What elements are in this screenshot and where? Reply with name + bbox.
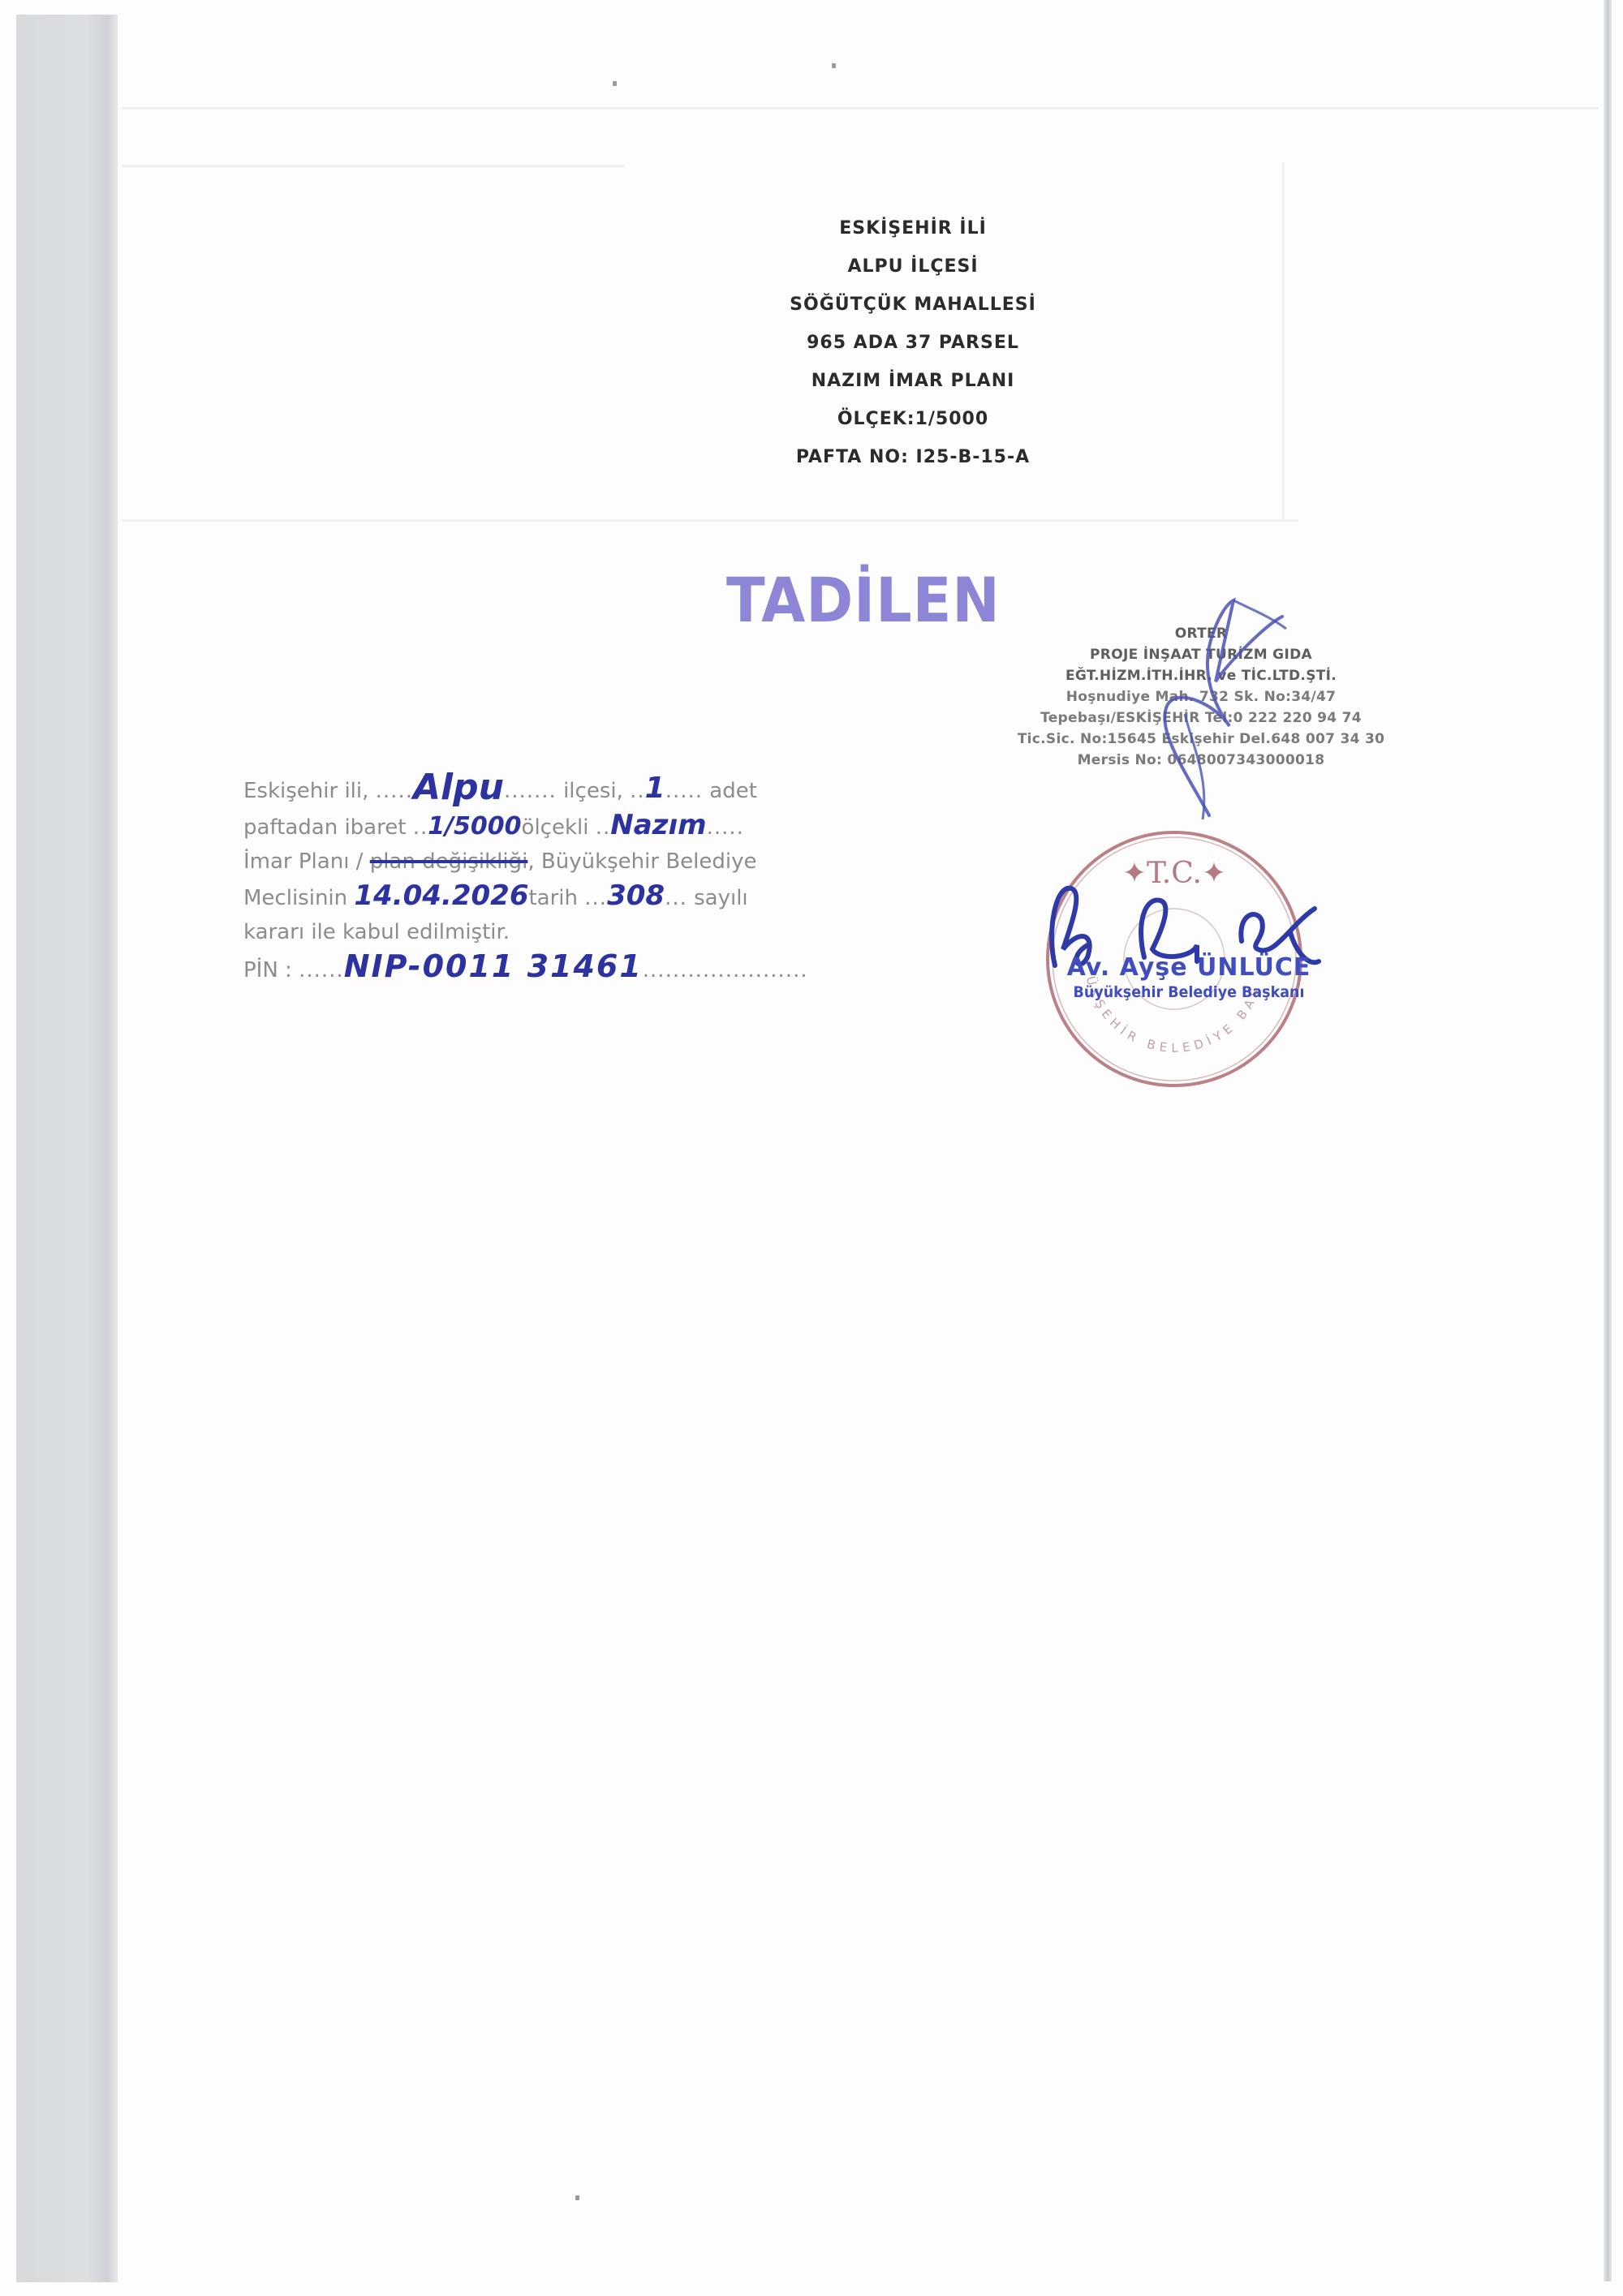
title-plan-type: NAZIM İMAR PLANI <box>730 362 1096 400</box>
approval-stamp: Eskişehir ili, .....Alpu....... ilçesi, … <box>243 769 828 987</box>
show-through-line <box>122 519 1298 522</box>
signer-name: Av. Ayşe ÜNLÜCE <box>1027 953 1351 982</box>
approval-line-3: İmar Planı / plan değişikliği, Büyükşehi… <box>243 845 828 879</box>
handwritten-scale: 1/5000 <box>428 812 521 841</box>
company-signature-icon <box>1152 584 1315 828</box>
approval-text: tarih <box>528 886 584 910</box>
approval-line-5: kararı ile kabul edilmiştir. <box>243 915 828 949</box>
seal-signer: Av. Ayşe ÜNLÜCE Büyükşehir Belediye Başk… <box>1027 953 1351 1001</box>
approval-text: İmar Planı / <box>243 849 370 874</box>
signer-title: Büyükşehir Belediye Başkanı <box>1040 983 1338 1001</box>
title-province: ESKİŞEHİR İLİ <box>730 209 1096 247</box>
scan-speck <box>575 2195 579 2200</box>
title-neighborhood: SÖĞÜTÇÜK MAHALLESİ <box>730 286 1096 324</box>
handwritten-sheet-count: 1 <box>645 772 665 805</box>
handwritten-decision-number: 308 <box>607 879 665 912</box>
approval-text: Meclisinin <box>243 886 354 910</box>
approval-line-4: Meclisinin 14.04.2026tarih ...308... say… <box>243 879 828 915</box>
approval-text: , Büyükşehir Belediye <box>527 849 756 874</box>
pin-label: PİN : <box>243 958 299 982</box>
approval-text: Eskişehir ili, <box>243 779 376 803</box>
show-through-line <box>1282 162 1285 519</box>
title-district: ALPU İLÇESİ <box>730 247 1096 286</box>
handwritten-district: Alpu <box>413 767 504 808</box>
scan-speck <box>613 81 617 86</box>
plan-title-block: ESKİŞEHİR İLİ ALPU İLÇESİ SÖĞÜTÇÜK MAHAL… <box>730 209 1096 476</box>
approval-line-2: paftadan ibaret ..1/5000ölçekli ..Nazım.… <box>243 808 828 845</box>
handwritten-date: 14.04.2026 <box>354 879 528 912</box>
approval-text: adet <box>703 779 757 803</box>
show-through-line <box>122 107 1599 110</box>
approval-line-1: Eskişehir ili, .....Alpu....... ilçesi, … <box>243 769 828 808</box>
scan-speck <box>832 63 836 68</box>
scanned-page: ESKİŞEHİR İLİ ALPU İLÇESİ SÖĞÜTÇÜK MAHAL… <box>0 0 1623 2296</box>
title-parcel: 965 ADA 37 PARSEL <box>730 324 1096 362</box>
approval-text: ilçesi, <box>557 779 630 803</box>
handwritten-pin: NIP-0011 31461 <box>344 948 643 984</box>
approval-text: ölçekli <box>522 815 596 840</box>
title-sheet-no: PAFTA NO: I25-B-15-A <box>730 438 1096 476</box>
page-right-edge <box>1604 0 1612 2281</box>
title-scale: ÖLÇEK:1/5000 <box>730 400 1096 438</box>
approval-text: paftadan ibaret <box>243 815 413 840</box>
approval-line-6: PİN : ......NIP-0011 31461..............… <box>243 949 828 987</box>
struck-through-text: plan değişikliği <box>370 849 528 874</box>
show-through-line <box>122 165 625 167</box>
binding-edge-strip <box>16 15 118 2282</box>
handwritten-plan-type: Nazım <box>610 809 706 841</box>
approval-text: sayılı <box>687 886 748 910</box>
